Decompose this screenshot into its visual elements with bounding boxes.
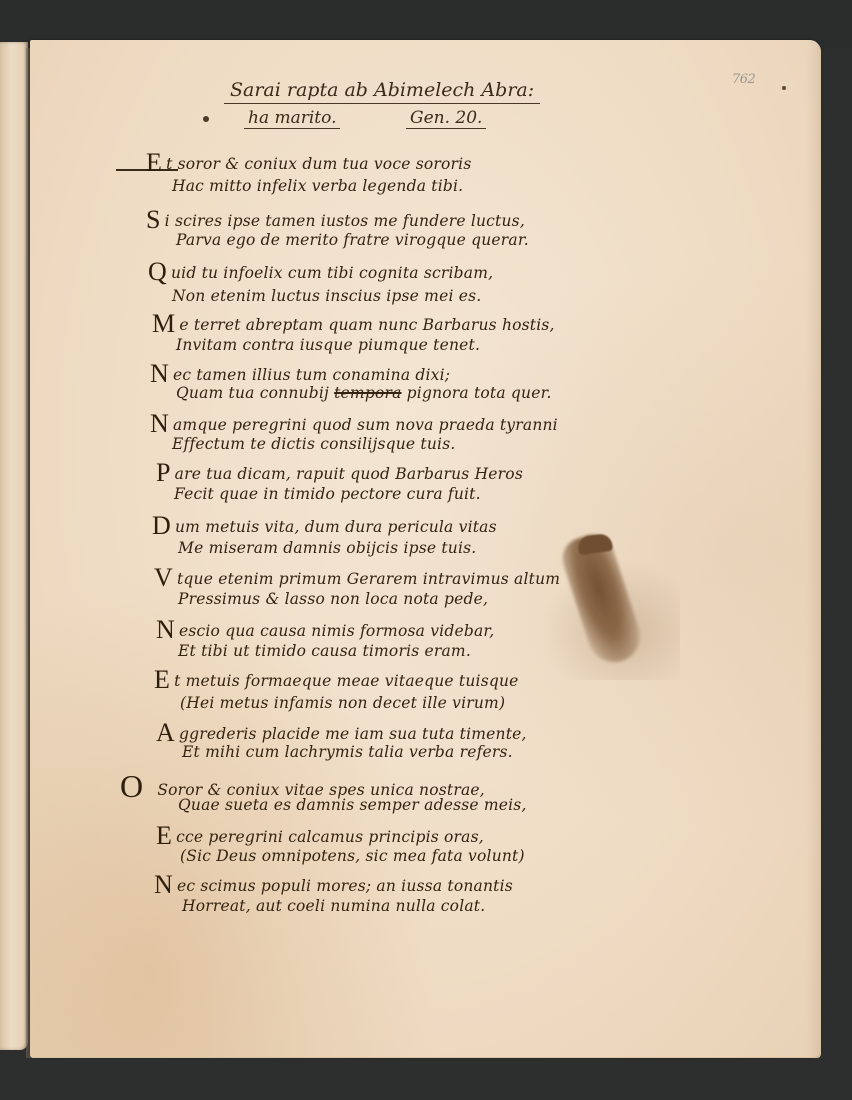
verse-text: Quae sueta es damnis semper adesse meis,: [178, 796, 527, 814]
verse-line: Et metuis formaeque meae vitaeque tuisqu…: [154, 663, 519, 693]
verse-initial: E: [156, 821, 172, 850]
verse-line: Et soror & coniux dum tua voce sororis: [146, 146, 471, 176]
verse-initial: O: [120, 768, 143, 804]
verse-line: Nec tamen illius tum conamina dixi;: [150, 357, 450, 387]
verse-text: Et mihi cum lachrymis talia verba refers…: [182, 743, 513, 761]
verse-text: t metuis formaeque meae vitaeque tuisque: [174, 672, 518, 690]
verse-line: Quid tu infoelix cum tibi cognita scriba…: [148, 255, 493, 285]
verse-line: Quae sueta es damnis semper adesse meis,: [178, 796, 527, 814]
verse-line: Nescio qua causa nimis formosa videbar,: [156, 613, 494, 643]
verse-line: Me terret abreptam quam nunc Barbarus ho…: [152, 307, 555, 337]
verse-line: Et tibi ut timido causa timoris eram.: [178, 642, 471, 660]
verse-text: Non etenim luctus inscius ipse mei es.: [172, 287, 481, 305]
verse-line: Effectum te dictis consilijsque tuis.: [172, 435, 455, 453]
verse-text: pignora tota quer.: [407, 384, 552, 402]
verse-text: e terret abreptam quam nunc Barbarus hos…: [179, 316, 554, 334]
verse-line: Et mihi cum lachrymis talia verba refers…: [182, 743, 513, 761]
verse-line: Hac mitto infelix verba legenda tibi.: [172, 177, 463, 195]
verse-line: Ecce peregrini calcamus principis oras,: [156, 819, 484, 849]
verse-initial: P: [156, 458, 171, 487]
verse-text: (Sic Deus omnipotens, sic mea fata volun…: [180, 847, 525, 865]
poem-body: Et soror & coniux dum tua voce sororis H…: [0, 0, 852, 1100]
verse-line: Aggrederis placide me iam sua tuta timen…: [156, 716, 527, 746]
verse-text: t soror & coniux dum tua voce sororis: [166, 155, 471, 173]
verse-text: are tua dicam, rapuit quod Barbarus Hero…: [175, 465, 523, 483]
verse-line: Non etenim luctus inscius ipse mei es.: [172, 287, 481, 305]
verse-text: tque etenim primum Gerarem intravimus al…: [177, 570, 560, 588]
verse-text: Fecit quae in timido pectore cura fuit.: [174, 485, 481, 503]
struck-word: tempora: [334, 384, 401, 402]
verse-text: Effectum te dictis consilijsque tuis.: [172, 435, 455, 453]
verse-line: Vtque etenim primum Gerarem intravimus a…: [154, 561, 560, 591]
verse-initial: N: [154, 870, 173, 899]
verse-text: cce peregrini calcamus principis oras,: [176, 828, 484, 846]
verse-initial: V: [154, 563, 173, 592]
verse-line: Fecit quae in timido pectore cura fuit.: [174, 485, 481, 503]
verse-text: Pressimus & lasso non loca nota pede,: [178, 590, 488, 608]
verse-initial: A: [156, 718, 175, 747]
verse-text: ggrederis placide me iam sua tuta timent…: [179, 725, 527, 743]
verse-text: (Hei metus infamis non decet ille virum): [180, 694, 505, 712]
verse-text: um metuis vita, dum dura pericula vitas: [175, 518, 497, 536]
verse-text: escio qua causa nimis formosa videbar,: [179, 622, 494, 640]
verse-text: amque peregrini quod sum nova praeda tyr…: [173, 416, 558, 434]
verse-line: Pare tua dicam, rapuit quod Barbarus Her…: [156, 456, 523, 486]
verse-line: Pressimus & lasso non loca nota pede,: [178, 590, 488, 608]
verse-line: Parva ego de merito fratre virogque quer…: [176, 231, 529, 249]
verse-initial: D: [152, 511, 171, 540]
verse-line: Dum metuis vita, dum dura pericula vitas: [152, 509, 497, 539]
verse-text: Hac mitto infelix verba legenda tibi.: [172, 177, 463, 195]
verse-initial: M: [152, 309, 175, 338]
verse-initial: E: [146, 148, 162, 177]
verse-text: Quam tua connubij: [176, 384, 329, 402]
verse-initial: E: [154, 665, 170, 694]
verse-initial: N: [150, 359, 169, 388]
verse-initial: N: [150, 409, 169, 438]
verse-line: (Hei metus infamis non decet ille virum): [180, 694, 505, 712]
verse-text: ec tamen illius tum conamina dixi;: [173, 366, 450, 384]
verse-initial: S: [146, 205, 161, 234]
verse-text: Et tibi ut timido causa timoris eram.: [178, 642, 471, 660]
verse-line: Quam tua connubij tempora pignora tota q…: [176, 384, 552, 402]
verse-text: Invitam contra iusque piumque tenet.: [176, 336, 480, 354]
verse-line: Namque peregrini quod sum nova praeda ty…: [150, 407, 558, 437]
verse-initial: Q: [148, 257, 167, 286]
verse-line: Nec scimus populi mores; an iussa tonant…: [154, 868, 513, 898]
verse-text: Parva ego de merito fratre virogque quer…: [176, 231, 529, 249]
verse-text: Horreat, aut coeli numina nulla colat.: [182, 897, 485, 915]
verse-line: Horreat, aut coeli numina nulla colat.: [182, 897, 485, 915]
verse-line: Si scires ipse tamen iustos me fundere l…: [146, 203, 525, 233]
verse-text: ec scimus populi mores; an iussa tonanti…: [177, 877, 513, 895]
verse-text: Me miseram damnis obijcis ipse tuis.: [178, 539, 476, 557]
verse-line: Me miseram damnis obijcis ipse tuis.: [178, 539, 476, 557]
verse-line: Invitam contra iusque piumque tenet.: [176, 336, 480, 354]
verse-line: (Sic Deus omnipotens, sic mea fata volun…: [180, 847, 525, 865]
verse-initial: N: [156, 615, 175, 644]
verse-text: i scires ipse tamen iustos me fundere lu…: [165, 212, 525, 230]
verse-text: uid tu infoelix cum tibi cognita scribam…: [171, 264, 493, 282]
